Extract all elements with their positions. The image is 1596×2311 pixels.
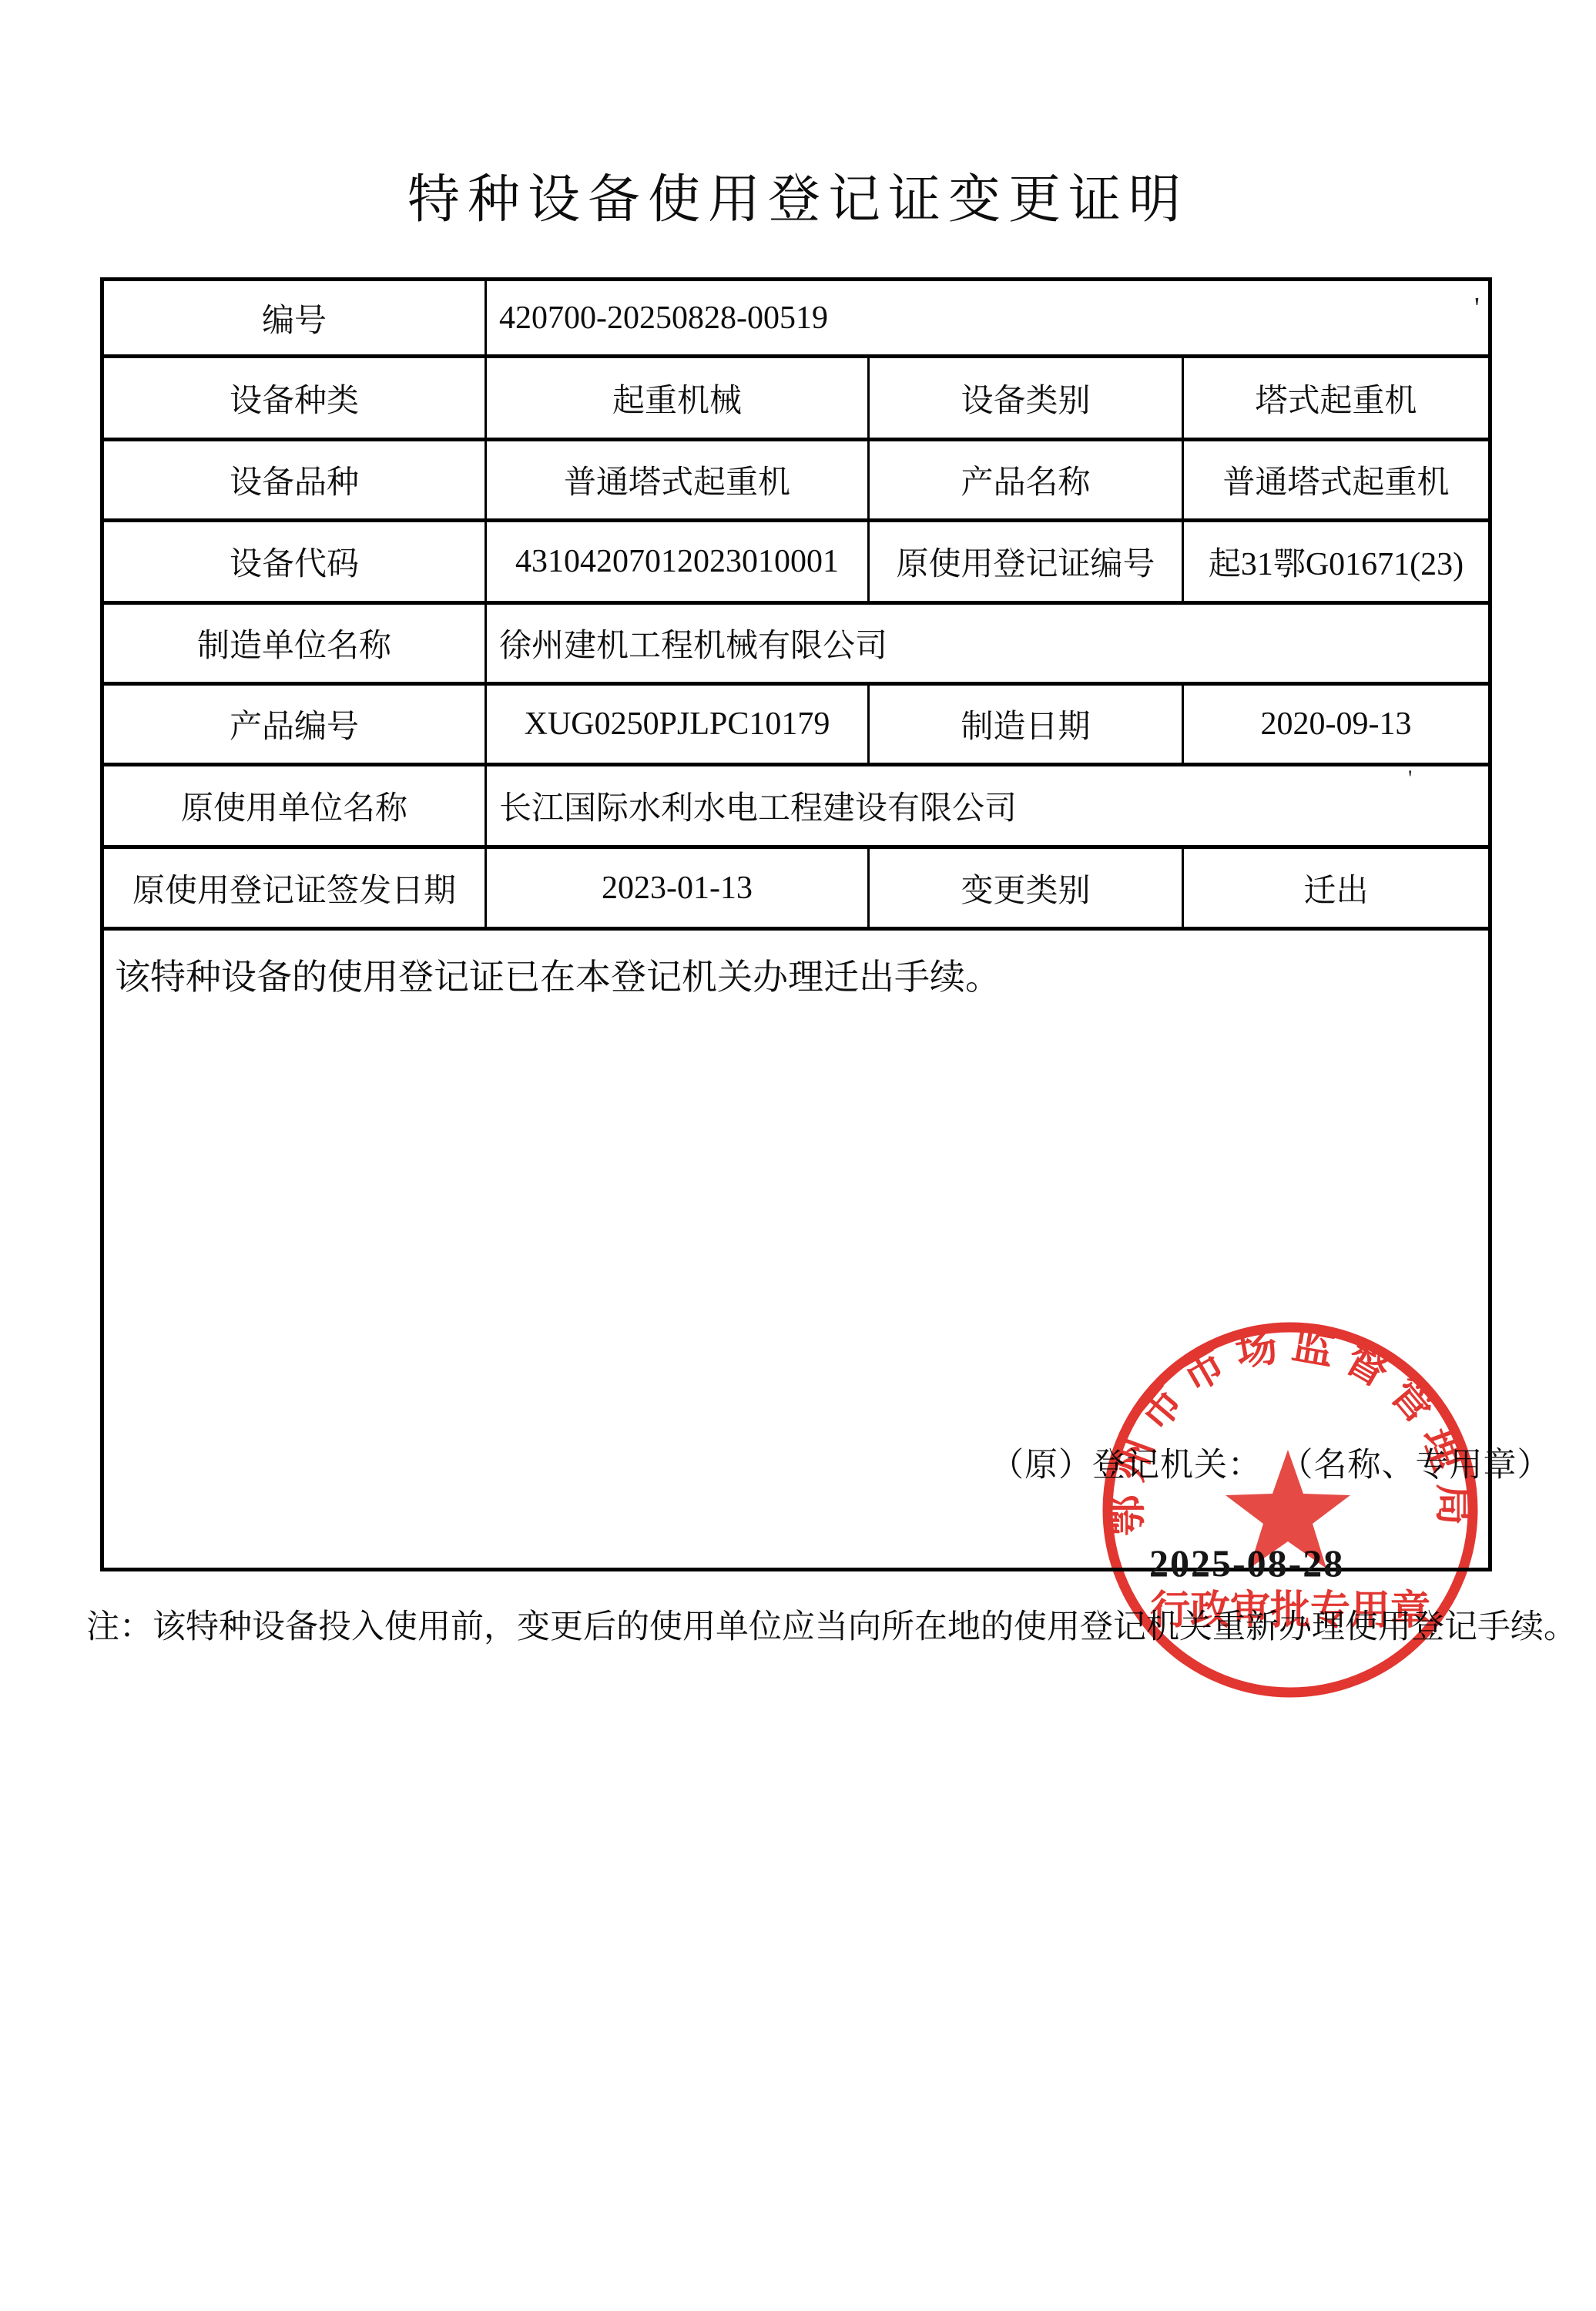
label-certificate-number: 编号 [104, 281, 487, 358]
value-change-type: 迁出 [1184, 849, 1488, 931]
registrar-authority-line: （原）登记机关： （名称、专用章） [991, 1439, 1551, 1486]
label-original-registration-number: 原使用登记证编号 [870, 522, 1184, 605]
label-original-user-unit: 原使用单位名称 [104, 766, 487, 849]
label-original-issue-date: 原使用登记证签发日期 [104, 849, 487, 931]
label-product-number: 产品编号 [104, 686, 487, 766]
certificate-page: 特种设备使用登记证变更证明 编号 420700-20250828-00519 设… [0, 0, 1596, 2311]
value-equipment-kind: 起重机械 [487, 358, 870, 441]
label-manufacturer-name: 制造单位名称 [104, 605, 487, 686]
label-manufacture-date: 制造日期 [870, 686, 1184, 766]
label-equipment-kind: 设备种类 [104, 358, 487, 441]
value-original-user-unit: 长江国际水利水电工程建设有限公司 [487, 766, 1488, 849]
scan-artifact: ' [1474, 291, 1480, 325]
value-manufacturer-name: 徐州建机工程机械有限公司 [487, 605, 1488, 686]
label-equipment-code: 设备代码 [104, 522, 487, 605]
value-product-number: XUG0250PJLPC10179 [487, 686, 870, 766]
value-product-name: 普通塔式起重机 [1184, 441, 1488, 522]
label-change-type: 变更类别 [870, 849, 1184, 931]
page-title: 特种设备使用登记证变更证明 [0, 158, 1596, 233]
value-original-issue-date: 2023-01-13 [487, 849, 870, 931]
value-original-registration-number: 起31鄂G01671(23) [1184, 522, 1488, 605]
footer-note: 注：该特种设备投入使用前，变更后的使用单位应当向所在地的使用登记机关重新办理使用… [86, 1601, 1565, 1648]
label-equipment-category: 设备类别 [870, 358, 1184, 441]
value-equipment-code: 43104207012023010001 [487, 522, 870, 605]
label-equipment-variety: 设备品种 [104, 441, 487, 522]
value-equipment-variety: 普通塔式起重机 [487, 441, 870, 522]
value-certificate-number: 420700-20250828-00519 [487, 281, 1488, 358]
certificate-table: 编号 420700-20250828-00519 设备种类 起重机械 设备类别 … [100, 277, 1492, 1571]
stamp-date: 2025-08-28 [1149, 1541, 1344, 1585]
value-manufacture-date: 2020-09-13 [1184, 686, 1488, 766]
value-equipment-category: 塔式起重机 [1184, 358, 1488, 441]
scan-artifact: ' [1408, 766, 1412, 792]
label-product-name: 产品名称 [870, 441, 1184, 522]
